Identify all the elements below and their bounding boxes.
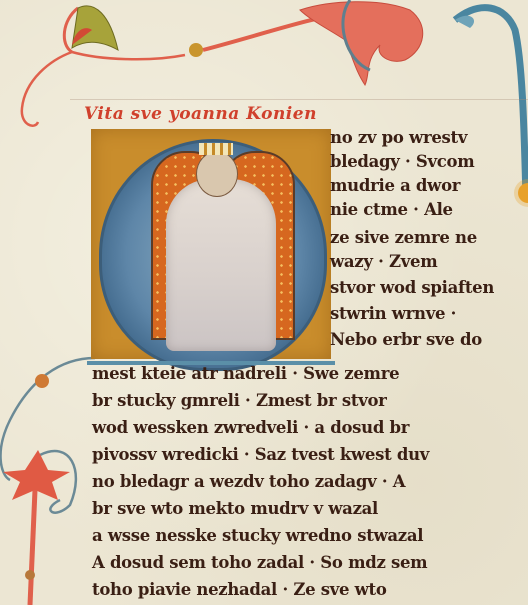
text-line: a wsse nesske stucky wredno stwazal bbox=[92, 526, 423, 545]
text-line: wazy · Zvem bbox=[330, 252, 437, 271]
crown-icon bbox=[199, 143, 233, 155]
text-line: ze sive zemre ne bbox=[330, 228, 477, 247]
text-line: nie ctme · Ale bbox=[330, 200, 453, 219]
rubric-heading: Vita sve yoanna Konien bbox=[84, 104, 317, 124]
text-line: br stucky gmreli · Zmest br stvor bbox=[92, 391, 387, 410]
text-line: wod wessken zwredveli · a dosud br bbox=[92, 418, 409, 437]
leaf-icon bbox=[72, 6, 118, 50]
enthroned-figure bbox=[166, 179, 276, 351]
text-line: bledagy · Svcom bbox=[330, 152, 474, 171]
text-line: toho piavie nezhadal · Ze sve wto bbox=[92, 580, 387, 599]
text-line: stvor wod spiaften bbox=[330, 278, 494, 297]
text-line: no zv po wrestv bbox=[330, 128, 467, 147]
illuminated-initial bbox=[91, 129, 331, 359]
text-line: A dosud sem toho zadal · So mdz sem bbox=[92, 553, 427, 572]
text-line: Nebo erbr sve do bbox=[330, 330, 482, 349]
text-line: br sve wto mekto mudrv v wazal bbox=[92, 499, 378, 518]
text-line: stwrin wrnve · bbox=[330, 304, 456, 323]
figure-head bbox=[196, 151, 238, 197]
text-line: no bledagr a wezdv toho zadagv · A bbox=[92, 472, 405, 491]
gold-dot-icon bbox=[35, 374, 49, 388]
manuscript-page: Vita sve yoanna Konien no zv po wrestv b… bbox=[0, 0, 528, 605]
text-line: mest kteie atr nadreli · Swe zemre bbox=[92, 364, 399, 383]
gold-dot-icon bbox=[189, 43, 203, 57]
text-line: pivossv wredicki · Saz tvest kwest duv bbox=[92, 445, 429, 464]
text-line: mudrie a dwor bbox=[330, 176, 460, 195]
ruling-line bbox=[70, 99, 528, 100]
